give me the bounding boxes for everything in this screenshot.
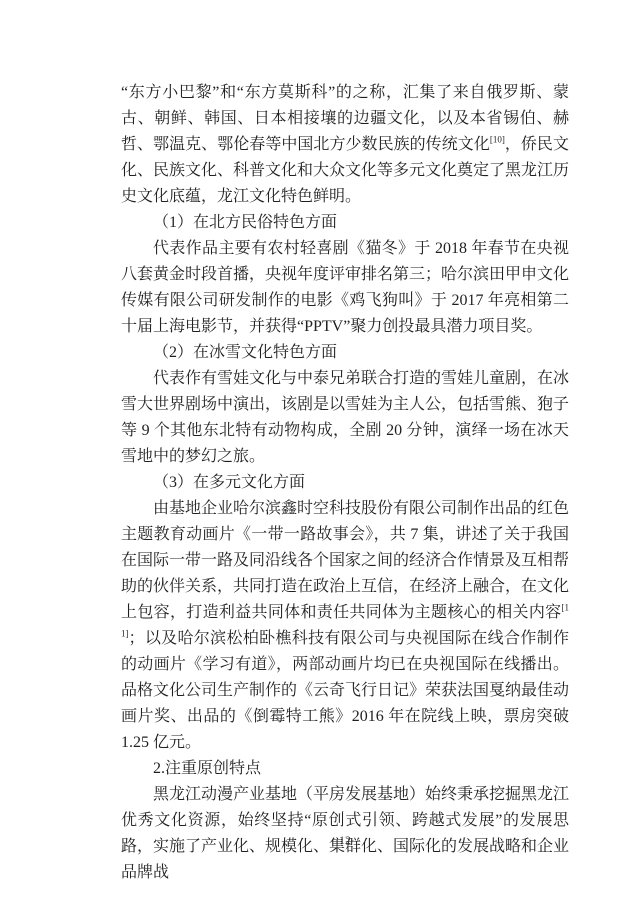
paragraph-north-folk-custom: 代表作品主要有农村轻喜剧《猫冬》于 2018 年春节在央视八套黄金时段首播，央视… (121, 236, 569, 340)
heading-ice-snow-culture: （2）在冰雪文化特色方面 (121, 340, 569, 366)
paragraph-text: ；以及哈尔滨松柏卧樵科技有限公司与央视国际在线合作制作的动画片《学习有道》，两部… (121, 630, 569, 751)
paragraph-culture-origins: “东方小巴黎”和“东方莫斯科”的之称，汇集了来自俄罗斯、蒙古、朝鲜、韩国、日本相… (121, 80, 569, 210)
heading-north-folk-custom: （1）在北方民俗特色方面 (121, 210, 569, 236)
paragraph-ice-snow-culture: 代表作有雪娃文化与中泰兄弟联合打造的雪娃儿童剧，在冰雪大世界剧场中演出，该剧是以… (121, 366, 569, 470)
document-page: “东方小巴黎”和“东方莫斯科”的之称，汇集了来自俄罗斯、蒙古、朝鲜、韩国、日本相… (0, 0, 640, 905)
page-number: 12 (121, 833, 569, 848)
heading-original-features: 2.注重原创特点 (121, 756, 569, 782)
footnote-ref-10: [10] (490, 135, 505, 145)
heading-multi-culture: （3）在多元文化方面 (121, 470, 569, 496)
paragraph-multi-culture: 由基地企业哈尔滨鑫时空科技股份有限公司制作出品的红色主题教育动画片《一带一路故事… (121, 496, 569, 756)
paragraph-text: 由基地企业哈尔滨鑫时空科技股份有限公司制作出品的红色主题教育动画片《一带一路故事… (121, 500, 569, 621)
